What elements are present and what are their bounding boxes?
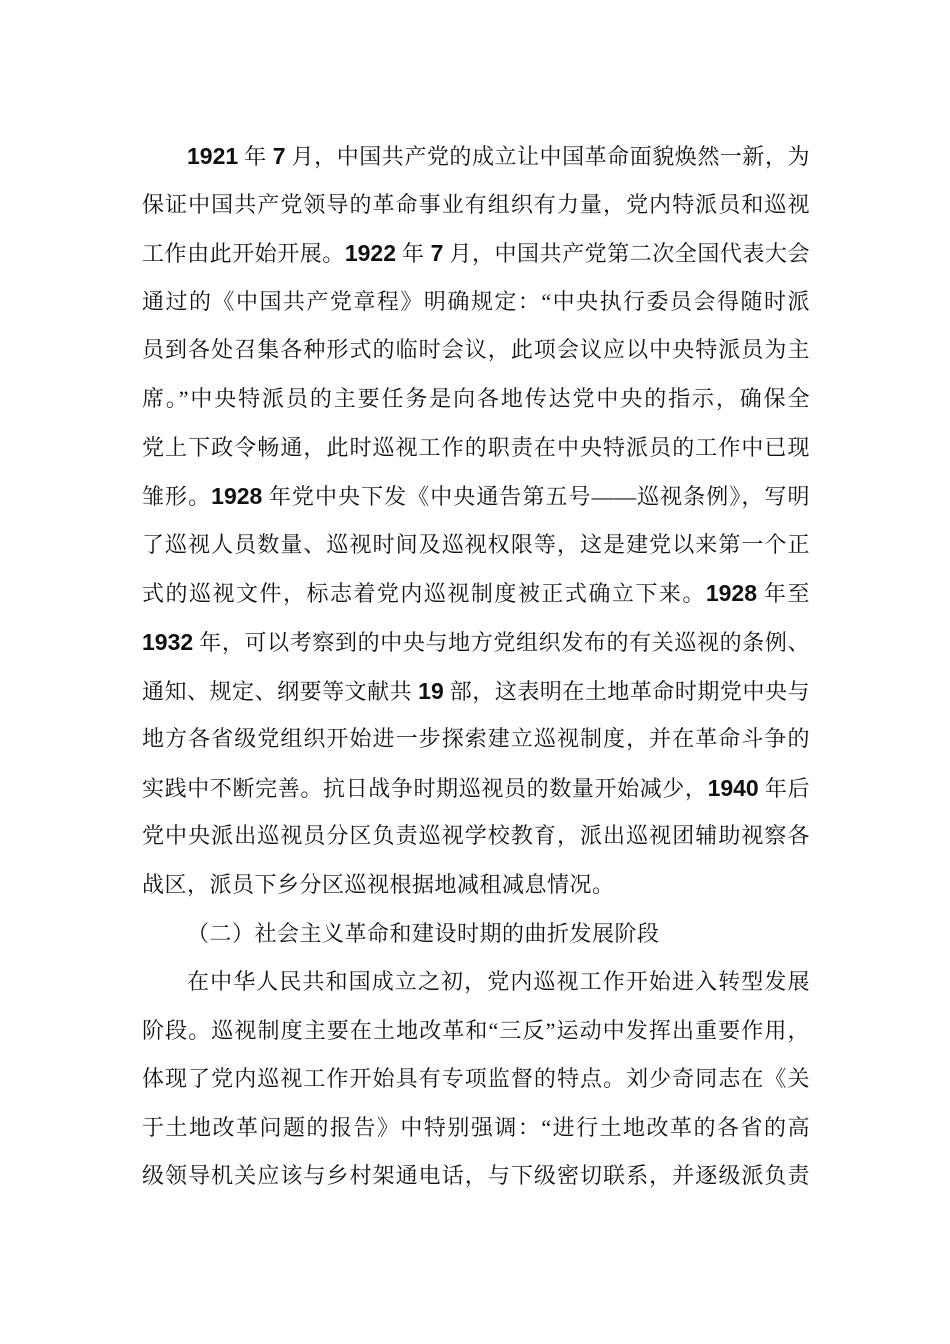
paragraph-line: 了巡视人员数量、巡视时间及巡视权限等，这是建党以来第一个正 xyxy=(142,521,810,570)
paragraph-line: 体现了党内巡视工作开始具有专项监督的特点。刘少奇同志在《关 xyxy=(142,1055,810,1104)
section-heading: （二）社会主义革命和建设时期的曲折发展阶段 xyxy=(142,910,810,959)
paragraph-line: 在中华人民共和国成立之初，党内巡视工作开始进入转型发展 xyxy=(142,958,810,1007)
paragraph-line: 党上下政令畅通，此时巡视工作的职责在中央特派员的工作中已现 xyxy=(142,424,810,473)
paragraph-line: 级领导机关应该与乡村架通电话，与下级密切联系，并逐级派负责 xyxy=(142,1152,810,1201)
paragraph-line: 1921 年 7 月，中国共产党的成立让中国革命面貌焕然一新，为 xyxy=(142,132,810,181)
document-body: 1921 年 7 月，中国共产党的成立让中国革命面貌焕然一新，为 保证中国共产党… xyxy=(142,132,810,1201)
paragraph-line: 党中央派出巡视员分区负责巡视学校教育，派出巡视团辅助视察各 xyxy=(142,812,810,861)
paragraph-line: 工作由此开始开展。1922 年 7 月，中国共产党第二次全国代表大会 xyxy=(142,229,810,278)
paragraph-line: 保证中国共产党领导的革命事业有组织有力量，党内特派员和巡视 xyxy=(142,181,810,230)
paragraph-line: 阶段。巡视制度主要在土地改革和“三反”运动中发挥出重要作用， xyxy=(142,1007,810,1056)
paragraph-line: 地方各省级党组织开始进一步探索建立巡视制度，并在革命斗争的 xyxy=(142,715,810,764)
paragraph-line: 通过的《中国共产党章程》明确规定：“中央执行委员会得随时派 xyxy=(142,278,810,327)
paragraph-line: 实践中不断完善。抗日战争时期巡视员的数量开始减少，1940 年后 xyxy=(142,764,810,813)
paragraph-line: 战区，派员下乡分区巡视根据地减租减息情况。 xyxy=(142,861,810,910)
paragraph-line: 于土地改革问题的报告》中特别强调：“进行土地改革的各省的高 xyxy=(142,1104,810,1153)
paragraph-line: 通知、规定、纲要等文献共 19 部，这表明在土地革命时期党中央与 xyxy=(142,667,810,716)
paragraph-line: 席。”中央特派员的主要任务是向各地传达党中央的指示，确保全 xyxy=(142,375,810,424)
paragraph-line: 雏形。1928 年党中央下发《中央通告第五号——巡视条例》，写明 xyxy=(142,472,810,521)
document-page: 1921 年 7 月，中国共产党的成立让中国革命面貌焕然一新，为 保证中国共产党… xyxy=(0,0,950,1344)
paragraph-line: 式的巡视文件，标志着党内巡视制度被正式确立下来。1928 年至 xyxy=(142,569,810,618)
paragraph-line: 员到各处召集各种形式的临时会议，此项会议应以中央特派员为主 xyxy=(142,326,810,375)
paragraph-line: 1932 年，可以考察到的中央与地方党组织发布的有关巡视的条例、 xyxy=(142,618,810,667)
